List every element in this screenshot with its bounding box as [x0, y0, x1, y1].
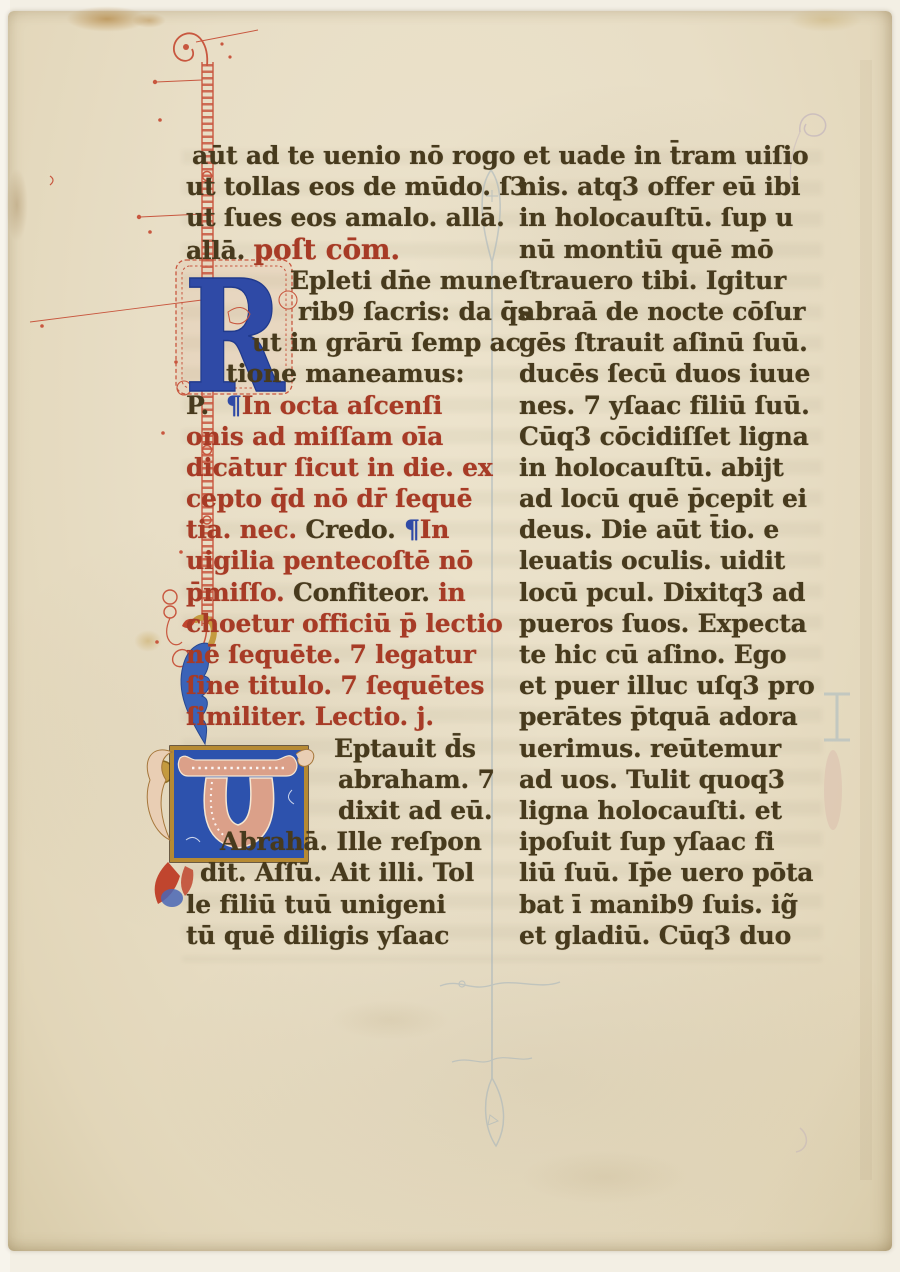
text-line: in holocauſtū. abijt [519, 452, 824, 483]
text-segment-red: p̄miſſo. [186, 578, 293, 607]
text-segment-ink: dit. Aſſū. Ait illi. Tol [200, 858, 474, 887]
text-segment-ink: abraā de nocte cōſur [519, 297, 805, 326]
text-segment-red: In [420, 515, 449, 544]
text-segment-ink: ut tollas eos de mūdo. ſ3 [186, 172, 527, 201]
right-text-column: et uade in t̄ram uiſio nis. atq3 offer e… [519, 140, 824, 951]
text-segment-red: in [438, 578, 465, 607]
text-line: ſtrauero tibi. Igitur [519, 265, 824, 296]
text-segment-ink: Eptauit d̄s [334, 734, 476, 763]
text-line: rib9 ſacris: da q̄s [186, 296, 516, 327]
text-line: locū pcul. Dixitq3 ad [519, 577, 824, 608]
text-line: in holocauſtū. ſup u [519, 202, 824, 233]
text-segment-ink: ut ſues eos amalo. allā. [186, 203, 505, 232]
text-segment-ink: liū ſuū. Ip̄e uero pōta [519, 858, 813, 887]
text-segment-ink: bat ī manib9 ſuis. ig̃ [519, 890, 798, 919]
text-line: nis. atq3 offer eū ibi [519, 171, 824, 202]
text-line: tia. nec. Credo. ¶In [186, 514, 516, 545]
text-segment-ink: nū montiū quē mō [519, 235, 773, 264]
text-line: dit. Aſſū. Ait illi. Tol [186, 857, 516, 888]
text-line: leuatis oculis. uidit [519, 545, 824, 576]
text-segment-blue: ¶ [226, 391, 242, 420]
text-segment-red: ſine titulo. 7 ſequētes [186, 671, 484, 700]
text-line: bat ī manib9 ſuis. ig̃ [519, 889, 824, 920]
left-text-column: aūt ad te uenio nō rogo ut tollas eos de… [186, 140, 516, 951]
text-segment-ink: ut in grārū ſemp ac [252, 328, 521, 357]
text-segment-ink: dixit ad eū. [338, 796, 492, 825]
text-segment-ink: locū pcul. Dixitq3 ad [519, 578, 805, 607]
text-segment-ink: le filiū tuū unigeni [186, 890, 446, 919]
text-line: onis ad miſſam oīa [186, 421, 516, 452]
text-segment-ink: ad uos. Tulit quoq3 [519, 765, 785, 794]
text-segment-ink: in holocauſtū. abijt [519, 453, 784, 482]
text-line: tū quē diligis yſaac [186, 920, 516, 951]
text-line: ut tollas eos de mūdo. ſ3 [186, 171, 516, 202]
text-segment-ink: rib9 ſacris: da q̄s [298, 297, 531, 326]
text-line: aūt ad te uenio nō rogo [186, 140, 516, 171]
text-line: Eptauit d̄s [186, 733, 516, 764]
text-segment-ink: P. [186, 391, 226, 420]
text-line: ad uos. Tulit quoq3 [519, 764, 824, 795]
text-segment-red: uigilia pentecoſtē nō [186, 546, 473, 575]
text-segment-ink: gēs ſtrauit aſinū ſuū. [519, 328, 808, 357]
text-line: allā. poſt cōm. [186, 234, 516, 265]
text-line: ipoſuit ſup yſaac fi [519, 826, 824, 857]
text-segment-ink: nis. atq3 offer eū ibi [519, 172, 800, 201]
text-line: le filiū tuū unigeni [186, 889, 516, 920]
text-segment-ink: deus. Die aūt t̄io. e [519, 515, 779, 544]
text-line: nes. 7 yſaac filiū ſuū. [519, 390, 824, 421]
text-segment-ink: leuatis oculis. uidit [519, 546, 785, 575]
text-segment-red: onis ad miſſam oīa [186, 422, 443, 451]
text-line: nū montiū quē mō [519, 234, 824, 265]
text-line: Epleti dn̄e mune [186, 265, 516, 296]
text-segment-red: dicātur ſicut in die. ex [186, 453, 493, 482]
text-segment-ink: aūt ad te uenio nō rogo [192, 141, 515, 170]
text-line: ad locū quē p̄cepit ei [519, 483, 824, 514]
text-line: liū ſuū. Ip̄e uero pōta [519, 857, 824, 888]
text-segment-ink: te hic cū aſino. Ego [519, 640, 786, 669]
text-line: Cūq3 cōcidiſſet ligna [519, 421, 824, 452]
text-line: P. ¶In octa aſcenſi [186, 390, 516, 421]
text-segment-ink: ipoſuit ſup yſaac fi [519, 827, 774, 856]
text-line: gēs ſtrauit aſinū ſuū. [519, 327, 824, 358]
text-segment-ink: tū quē diligis yſaac [186, 921, 449, 950]
text-segment-ink: Credo. [305, 515, 404, 544]
text-line: choetur officiū p̄ lectio [186, 608, 516, 639]
text-segment-ink: in holocauſtū. ſup u [519, 203, 793, 232]
text-segment-red: ſimiliter. Lectio. j. [186, 702, 434, 731]
text-line: dixit ad eū. [186, 795, 516, 826]
text-segment-ink: ducēs ſecū duos iuue [519, 359, 810, 388]
text-line: deus. Die aūt t̄io. e [519, 514, 824, 545]
text-line: dicātur ſicut in die. ex [186, 452, 516, 483]
text-segment-ink: et gladiū. Cūq3 duo [519, 921, 791, 950]
text-segment-ink: Cūq3 cōcidiſſet ligna [519, 422, 809, 451]
text-line: ut ſues eos amalo. allā. [186, 202, 516, 233]
text-segment-ink: pueros ſuos. Expecta [519, 609, 807, 638]
text-segment-ink: perātes p̄tquā adora [519, 702, 798, 731]
text-line: te hic cū aſino. Ego [519, 639, 824, 670]
text-segment-ink: et puer illuc uſq3 pro [519, 671, 815, 700]
text-line: cepto q̄d nō dr̄ ſequē [186, 483, 516, 514]
text-segment-ink: uerimus. reūtemur [519, 734, 781, 763]
text-segment-ink: ad locū quē p̄cepit ei [519, 484, 807, 513]
text-line: ſine titulo. 7 ſequētes [186, 670, 516, 701]
text-line: ſimiliter. Lectio. j. [186, 701, 516, 732]
text-segment-red: nē ſequēte. 7 legatur [186, 640, 476, 669]
text-segment-ink: ligna holocauſti. et [519, 796, 782, 825]
text-line: ligna holocauſti. et [519, 795, 824, 826]
text-line: abraā de nocte cōſur [519, 296, 824, 327]
text-line: abraham. 7 [186, 764, 516, 795]
text-line: pueros ſuos. Expecta [519, 608, 824, 639]
text-segment-ink: tione maneamus: [226, 359, 464, 388]
text-segment-red: choetur officiū p̄ lectio [186, 609, 503, 638]
text-segment-ink: nes. 7 yſaac filiū ſuū. [519, 391, 810, 420]
text-segment-red: cepto q̄d nō dr̄ ſequē [186, 484, 472, 513]
text-segment-ink: et uade in t̄ram uiſio [523, 141, 808, 170]
text-line: tione maneamus: [186, 358, 516, 389]
text-segment-ink: ſtrauero tibi. Igitur [519, 266, 786, 295]
text-segment-ink: Epleti dn̄e mune [290, 266, 518, 295]
text-line: ducēs ſecū duos iuue [519, 358, 824, 389]
text-segment-red: In octa aſcenſi [242, 391, 442, 420]
text-line: perātes p̄tquā adora [519, 701, 824, 732]
text-line: et puer illuc uſq3 pro [519, 670, 824, 701]
text-line: nē ſequēte. 7 legatur [186, 639, 516, 670]
text-segment-ink: allā. [186, 236, 254, 265]
text-segment-ink: abraham. 7 [338, 765, 495, 794]
text-line: et uade in t̄ram uiſio [519, 140, 824, 171]
text-segment-blue: ¶ [404, 515, 420, 544]
text-line: uerimus. reūtemur [519, 733, 824, 764]
text-segment-ink: Abrahā. Ille reſpon [220, 827, 482, 856]
text-line: et gladiū. Cūq3 duo [519, 920, 824, 951]
text-line: Abrahā. Ille reſpon [186, 826, 516, 857]
text-segment-ink: Confiteor. [293, 578, 438, 607]
manuscript-page-scan: R T [0, 0, 900, 1272]
text-line: uigilia pentecoſtē nō [186, 545, 516, 576]
text-segment-redbig: poſt cōm. [254, 233, 400, 266]
text-line: ut in grārū ſemp ac [186, 327, 516, 358]
text-line: p̄miſſo. Confiteor. in [186, 577, 516, 608]
text-segment-red: tia. nec. [186, 515, 305, 544]
